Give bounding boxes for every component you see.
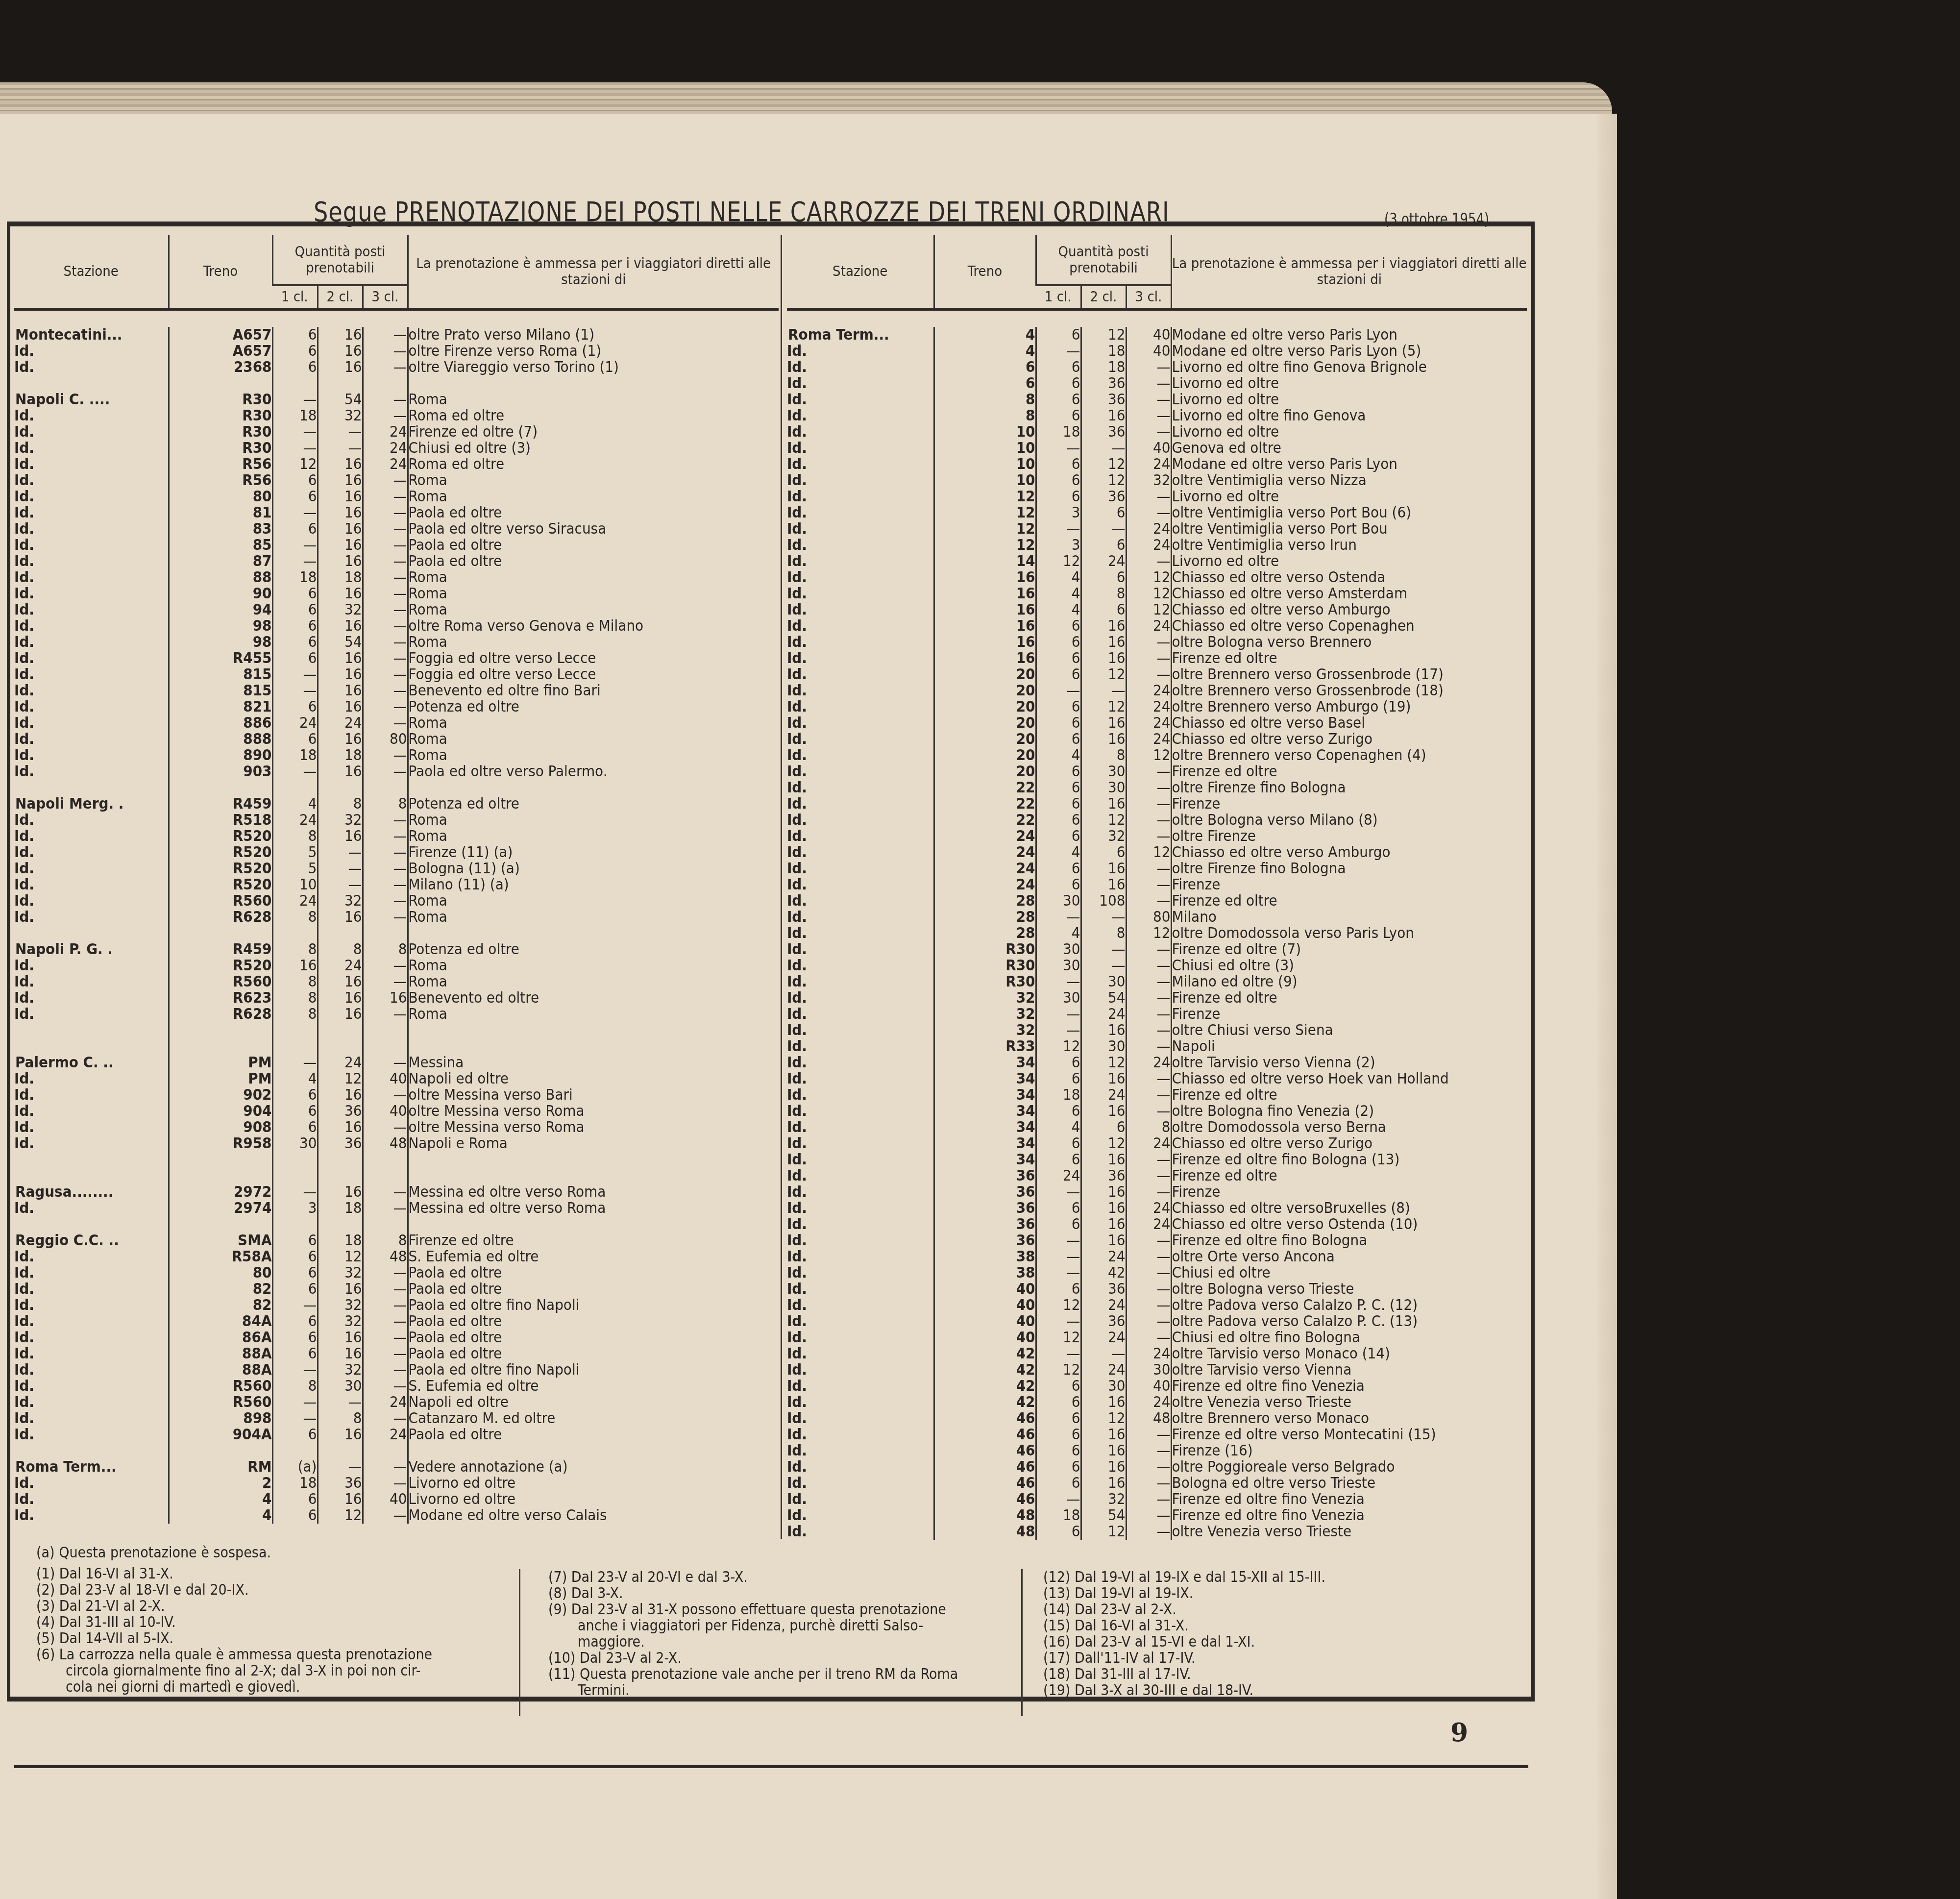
table-row: Reggio C.C. ..SMA6188Firenze ed oltre — [14, 1233, 779, 1249]
seats-2cl-cell: 32 — [318, 1265, 363, 1281]
seats-1cl-cell: 6 — [272, 1427, 318, 1443]
seats-2cl-cell: 16 — [1081, 1459, 1126, 1475]
train-cell: R30 — [169, 440, 272, 456]
train-cell: 20 — [934, 683, 1036, 699]
seats-1cl-cell: — — [1036, 1022, 1081, 1038]
seats-3cl-cell: — — [363, 1330, 408, 1346]
seats-2cl-cell: 6 — [1081, 505, 1126, 521]
notes-col-divider — [1021, 1569, 1023, 1716]
seats-1cl-cell: 8 — [272, 974, 318, 990]
seats-1cl-cell: — — [272, 683, 318, 699]
train-cell: 24 — [934, 844, 1036, 861]
table-row: Id.481854—Firenze ed oltre fino Venezia — [787, 1507, 1527, 1524]
seats-1cl-cell: 3 — [272, 1200, 318, 1216]
table-row: Id.1061232oltre Ventimiglia verso Nizza — [787, 472, 1527, 489]
table-row: Id.821616—Potenza ed oltre — [14, 699, 779, 715]
destination-cell: oltre Messina verso Roma — [408, 1119, 779, 1135]
station-cell: Id. — [14, 1394, 169, 1410]
seats-3cl-cell: — — [1126, 1152, 1171, 1168]
destination-cell: Paola ed oltre verso Siracusa — [408, 521, 779, 537]
table-row: Id.R628816—Roma — [14, 909, 779, 925]
seats-1cl-cell: 6 — [1036, 1394, 1081, 1410]
seats-1cl-cell: 4 — [1036, 602, 1081, 618]
table-row: Id.R560830—S. Eufemia ed oltre — [14, 1378, 779, 1394]
station-cell: Napoli C. .... — [14, 392, 169, 408]
station-cell: Id. — [787, 375, 934, 392]
seats-1cl-cell: 6 — [1036, 1103, 1081, 1119]
station-cell: Id. — [14, 1491, 169, 1507]
station-cell: Id. — [14, 505, 169, 521]
table-row: Id.4661248oltre Brennero verso Monaco — [787, 1410, 1527, 1427]
destination-cell: oltre Poggioreale verso Belgrado — [1171, 1459, 1527, 1475]
seats-1cl-cell: 6 — [1036, 877, 1081, 893]
seats-2cl-cell: 42 — [1081, 1265, 1126, 1281]
seats-1cl-cell: 12 — [1036, 1038, 1081, 1055]
seats-2cl-cell: 6 — [1081, 1119, 1126, 1135]
destination-cell: Chiasso ed oltre verso Amburgo — [1171, 844, 1527, 861]
train-cell: R520 — [169, 828, 272, 844]
seats-3cl-cell: — — [363, 1410, 408, 1427]
table-row: Id.164612Chiasso ed oltre verso Amburgo — [787, 602, 1527, 618]
seats-1cl-cell: — — [1036, 974, 1081, 990]
table-row: Id.2368616—oltre Viareggio verso Torino … — [14, 359, 779, 375]
seats-3cl-cell: — — [1126, 1168, 1171, 1184]
destination-cell: Livorno ed oltre — [408, 1475, 779, 1491]
train-cell: 36 — [934, 1184, 1036, 1200]
station-cell: Id. — [787, 634, 934, 650]
train-cell: 34 — [934, 1087, 1036, 1103]
destination-cell: Chiasso ed oltre verso Amburgo — [1171, 602, 1527, 618]
seats-2cl-cell: 24 — [1081, 1297, 1126, 1313]
train-cell: 32 — [934, 1006, 1036, 1022]
seats-3cl-cell: — — [363, 602, 408, 618]
train-cell: 24 — [934, 861, 1036, 877]
station-cell: Id. — [787, 1216, 934, 1233]
seats-2cl-cell: 8 — [318, 796, 363, 812]
destination-cell: Catanzaro M. ed oltre — [408, 1410, 779, 1427]
seats-2cl-cell: 24 — [318, 958, 363, 974]
destination-cell: Firenze ed oltre (7) — [1171, 941, 1527, 958]
table-row: Id.323054—Firenze ed oltre — [787, 990, 1527, 1006]
train-cell: 14 — [934, 553, 1036, 569]
table-row: Id.8862424—Roma — [14, 715, 779, 731]
seats-3cl-cell: — — [1126, 1006, 1171, 1022]
train-cell: 22 — [934, 780, 1036, 796]
spacer-row — [14, 1038, 779, 1055]
train-cell: 4 — [934, 343, 1036, 359]
station-cell: Id. — [14, 537, 169, 553]
train-cell: 20 — [934, 731, 1036, 747]
table-row: Id.R455616—Foggia ed oltre verso Lecce — [14, 650, 779, 666]
seats-2cl-cell: 16 — [1081, 1103, 1126, 1119]
train-cell: 12 — [934, 537, 1036, 553]
table-row: Id.12——24oltre Ventimiglia verso Port Bo… — [787, 521, 1527, 537]
seats-3cl-cell: — — [1126, 1265, 1171, 1281]
footnotes-col-2: (7) Dal 23-V al 20-VI e dal 3-X. (8) Dal… — [548, 1569, 958, 1699]
seats-2cl-cell: 16 — [1081, 1152, 1126, 1168]
train-cell: 88 — [169, 569, 272, 586]
seats-2cl-cell: 16 — [318, 1427, 363, 1443]
station-cell: Id. — [787, 1410, 934, 1427]
train-cell: 28 — [934, 925, 1036, 941]
table-row: Id.R30——24Chiusi ed oltre (3) — [14, 440, 779, 456]
seats-2cl-cell: 54 — [1081, 990, 1126, 1006]
destination-cell: Potenza ed oltre — [408, 941, 779, 958]
table-row: Id.R30——24Firenze ed oltre (7) — [14, 424, 779, 440]
seats-1cl-cell: 30 — [272, 1135, 318, 1152]
seats-2cl-cell: 30 — [1081, 764, 1126, 780]
station-cell: Id. — [787, 1491, 934, 1507]
seats-3cl-cell: 24 — [1126, 699, 1171, 715]
table-row: Id.341824—Firenze ed oltre — [787, 1087, 1527, 1103]
destination-cell: Livorno ed oltre fino Genova — [1171, 408, 1527, 424]
seats-1cl-cell: 6 — [1036, 634, 1081, 650]
train-cell: 34 — [934, 1055, 1036, 1071]
table-row: Id.2061224oltre Brennero verso Amburgo (… — [787, 699, 1527, 715]
seats-3cl-cell: — — [363, 764, 408, 780]
seats-1cl-cell: 6 — [272, 1491, 318, 1507]
seats-2cl-cell: 8 — [1081, 586, 1126, 602]
table-row: Id.24616—Firenze — [787, 877, 1527, 893]
seats-1cl-cell: 6 — [1036, 375, 1081, 392]
col-header-cl3: 3 cl. — [363, 285, 408, 309]
destination-cell: Chiasso ed oltre verso Zurigo — [1171, 1135, 1527, 1152]
station-cell: Id. — [787, 877, 934, 893]
train-cell: R628 — [169, 1006, 272, 1022]
train-cell: 34 — [934, 1103, 1036, 1119]
destination-cell: oltre Venezia verso Trieste — [1171, 1524, 1527, 1540]
seats-1cl-cell: 6 — [272, 618, 318, 634]
seats-2cl-cell: 16 — [318, 327, 363, 343]
train-cell: 4 — [169, 1507, 272, 1524]
seats-3cl-cell: 24 — [1126, 456, 1171, 472]
seats-2cl-cell: 16 — [1081, 1216, 1126, 1233]
table-row: Id.4263040Firenze ed oltre fino Venezia — [787, 1378, 1527, 1394]
table-row: Id.16616—oltre Bologna verso Brennero — [787, 634, 1527, 650]
spacer-row — [14, 925, 779, 941]
station-cell: Id. — [14, 343, 169, 359]
destination-cell: oltre Brennero verso Amburgo (19) — [1171, 699, 1527, 715]
footnote: (4) Dal 31-III al 10-IV. — [36, 1614, 432, 1630]
left-table-section: Stazione Treno Quantità posti prenotabil… — [14, 235, 779, 1524]
seats-3cl-cell: 24 — [1126, 618, 1171, 634]
destination-cell: oltre Orte verso Ancona — [1171, 1249, 1527, 1265]
destination-cell: Napoli ed oltre — [408, 1394, 779, 1410]
destination-cell: Vedere annotazione (a) — [408, 1459, 779, 1475]
seats-3cl-cell: 8 — [1126, 1119, 1171, 1135]
train-cell: R518 — [169, 812, 272, 828]
seats-1cl-cell: 30 — [1036, 893, 1081, 909]
table-row: Id.10——40Genova ed oltre — [787, 440, 1527, 456]
seats-2cl-cell: 36 — [318, 1475, 363, 1491]
seats-2cl-cell: 16 — [318, 1491, 363, 1507]
seats-2cl-cell: 6 — [1081, 602, 1126, 618]
destination-cell: Firenze ed oltre fino Venezia — [1171, 1491, 1527, 1507]
train-cell: 40 — [934, 1281, 1036, 1297]
footnote-cont: cola nei giorni di martedì e giovedì. — [36, 1679, 432, 1695]
seats-2cl-cell: 16 — [318, 764, 363, 780]
table-row: Id.6618—Livorno ed oltre fino Genova Bri… — [787, 359, 1527, 375]
station-cell: Id. — [787, 925, 934, 941]
seats-1cl-cell: — — [1036, 1249, 1081, 1265]
seats-3cl-cell: — — [363, 747, 408, 764]
seats-3cl-cell: — — [363, 1313, 408, 1330]
footnote-a: (a) Questa prenotazione è sospesa. — [36, 1545, 432, 1561]
seats-3cl-cell: — — [1126, 1233, 1171, 1249]
train-cell: 46 — [934, 1443, 1036, 1459]
train-cell: 904A — [169, 1427, 272, 1443]
seats-2cl-cell: 32 — [318, 1313, 363, 1330]
table-row: Id.88A616—Paola ed oltre — [14, 1346, 779, 1362]
train-cell: 902 — [169, 1087, 272, 1103]
seats-1cl-cell: 4 — [1036, 844, 1081, 861]
seats-3cl-cell: — — [1126, 990, 1171, 1006]
train-cell: R30 — [169, 424, 272, 440]
destination-cell: Messina ed oltre verso Roma — [408, 1200, 779, 1216]
seats-3cl-cell: — — [363, 828, 408, 844]
seats-3cl-cell: 16 — [363, 990, 408, 1006]
train-cell: R58A — [169, 1249, 272, 1265]
table-row: Id.4—1840Modane ed oltre verso Paris Lyo… — [787, 343, 1527, 359]
destination-cell: Messina ed oltre verso Roma — [408, 1184, 779, 1200]
seats-1cl-cell: — — [272, 1297, 318, 1313]
seats-3cl-cell: — — [363, 408, 408, 424]
seats-1cl-cell: 18 — [272, 569, 318, 586]
station-cell: Id. — [14, 828, 169, 844]
train-cell: 20 — [934, 666, 1036, 683]
table-row: Id.90616—Roma — [14, 586, 779, 602]
seats-3cl-cell: — — [363, 569, 408, 586]
seats-2cl-cell: 36 — [318, 1135, 363, 1152]
destination-cell: Livorno ed oltre — [1171, 489, 1527, 505]
station-cell: Id. — [787, 569, 934, 586]
train-cell: 34 — [934, 1071, 1036, 1087]
table-row: Id.32—24—Firenze — [787, 1006, 1527, 1022]
table-row: Id.284812oltre Domodossola verso Paris L… — [787, 925, 1527, 941]
table-row: Id.36—16—Firenze — [787, 1184, 1527, 1200]
seats-2cl-cell: 18 — [1081, 359, 1126, 375]
footnote: (7) Dal 23-V al 20-VI e dal 3-X. — [548, 1569, 958, 1585]
destination-cell: oltre Venezia verso Trieste — [1171, 1394, 1527, 1410]
station-cell: Id. — [14, 861, 169, 877]
seats-2cl-cell: 16 — [1081, 1071, 1126, 1087]
seats-3cl-cell: 24 — [363, 1427, 408, 1443]
seats-1cl-cell: 6 — [272, 731, 318, 747]
train-cell: 4 — [169, 1491, 272, 1507]
destination-cell: Potenza ed oltre — [408, 699, 779, 715]
table-row: Id.34468oltre Domodossola verso Berna — [787, 1119, 1527, 1135]
station-cell: Id. — [14, 1362, 169, 1378]
seats-3cl-cell: — — [363, 1119, 408, 1135]
seats-2cl-cell: 12 — [318, 1249, 363, 1265]
footnote: (2) Dal 23-V al 18-VI e dal 20-IX. — [36, 1582, 432, 1598]
seats-3cl-cell: 24 — [363, 456, 408, 472]
train-cell: 98 — [169, 618, 272, 634]
seats-2cl-cell: 16 — [318, 990, 363, 1006]
train-cell: 16 — [934, 650, 1036, 666]
seats-2cl-cell: 6 — [1081, 569, 1126, 586]
station-cell: Id. — [14, 586, 169, 602]
seats-3cl-cell: — — [1126, 1184, 1171, 1200]
seats-2cl-cell: 24 — [1081, 1249, 1126, 1265]
destination-cell: oltre Domodossola verso Berna — [1171, 1119, 1527, 1135]
seats-3cl-cell: 24 — [1126, 521, 1171, 537]
seats-2cl-cell: 16 — [1081, 634, 1126, 650]
station-cell: Id. — [14, 877, 169, 893]
seats-1cl-cell: 6 — [1036, 796, 1081, 812]
table-row: Id.22630—oltre Firenze fino Bologna — [787, 780, 1527, 796]
station-cell: Id. — [14, 1265, 169, 1281]
table-row: Id.22612—oltre Bologna verso Milano (8) — [787, 812, 1527, 828]
table-row: Id.4261624oltre Venezia verso Trieste — [787, 1394, 1527, 1410]
seats-3cl-cell: — — [1126, 1427, 1171, 1443]
seats-3cl-cell: — — [363, 699, 408, 715]
seats-3cl-cell: 24 — [363, 440, 408, 456]
footnote: (12) Dal 19-VI al 19-IX e dal 15-XII al … — [1043, 1569, 1325, 1585]
seats-2cl-cell: 36 — [1081, 392, 1126, 408]
table-row: Id.R5602432—Roma — [14, 893, 779, 909]
station-cell: Id. — [787, 1152, 934, 1168]
seats-1cl-cell: 16 — [272, 958, 318, 974]
seats-2cl-cell: 108 — [1081, 893, 1126, 909]
footnote: (17) Dall'11-IV al 17-IV. — [1043, 1650, 1325, 1666]
train-cell: 898 — [169, 1410, 272, 1427]
table-row: Id.A657616—oltre Firenze verso Roma (1) — [14, 343, 779, 359]
destination-cell: Paola ed oltre — [408, 1330, 779, 1346]
seats-1cl-cell: — — [272, 424, 318, 440]
seats-3cl-cell: — — [1126, 634, 1171, 650]
destination-cell: oltre Messina verso Roma — [408, 1103, 779, 1119]
station-cell: Id. — [787, 1055, 934, 1071]
station-cell: Id. — [787, 586, 934, 602]
station-cell: Id. — [14, 424, 169, 440]
destination-cell: Paola ed oltre — [408, 1281, 779, 1297]
station-cell: Id. — [787, 392, 934, 408]
table-row: Id.1661624Chiasso ed oltre verso Copenag… — [787, 618, 1527, 634]
station-cell: Id. — [787, 715, 934, 731]
table-row: Roma Term...RM(a)——Vedere annotazione (a… — [14, 1459, 779, 1475]
station-cell: Id. — [14, 634, 169, 650]
seats-2cl-cell: 24 — [318, 1055, 363, 1071]
table-row: Id.3661624Chiasso ed oltre verso Ostenda… — [787, 1216, 1527, 1233]
seats-3cl-cell: 40 — [1126, 343, 1171, 359]
station-cell: Id. — [14, 456, 169, 472]
destination-cell: Roma — [408, 974, 779, 990]
seats-2cl-cell: 12 — [1081, 456, 1126, 472]
destination-cell: Roma — [408, 812, 779, 828]
seats-1cl-cell: 6 — [1036, 1071, 1081, 1087]
footnote: (6) La carrozza nella quale è ammessa qu… — [36, 1647, 432, 1663]
seats-2cl-cell: 30 — [318, 1378, 363, 1394]
seats-3cl-cell: — — [363, 618, 408, 634]
train-cell: 82 — [169, 1281, 272, 1297]
destination-cell: Chiasso ed oltre versoBruxelles (8) — [1171, 1200, 1527, 1216]
col-header-destinazione: La prenotazione è ammessa per i viaggiat… — [408, 235, 779, 309]
destination-cell: Potenza ed oltre — [408, 796, 779, 812]
station-cell: Id. — [787, 1394, 934, 1410]
table-row: Id.244612Chiasso ed oltre verso Amburgo — [787, 844, 1527, 861]
seats-3cl-cell: 24 — [1126, 537, 1171, 553]
destination-cell: Genova ed oltre — [1171, 440, 1527, 456]
table-row: Roma Term...461240Modane ed oltre verso … — [787, 327, 1527, 343]
seats-3cl-cell: — — [363, 715, 408, 731]
station-cell: Id. — [14, 893, 169, 909]
seats-1cl-cell: — — [272, 553, 318, 569]
train-cell: 890 — [169, 747, 272, 764]
seats-2cl-cell: 54 — [318, 634, 363, 650]
spacer-row — [14, 1022, 779, 1038]
destination-cell: Roma — [408, 634, 779, 650]
destination-cell: Chiasso ed oltre verso Hoek van Holland — [1171, 1071, 1527, 1087]
train-cell: 84A — [169, 1313, 272, 1330]
table-row: Id.36—16—Firenze ed oltre fino Bologna — [787, 1233, 1527, 1249]
station-cell: Id. — [787, 1346, 934, 1362]
seats-3cl-cell: — — [1126, 1038, 1171, 1055]
seats-3cl-cell: — — [1126, 1507, 1171, 1524]
station-cell: Id. — [787, 974, 934, 990]
seats-1cl-cell: 24 — [272, 812, 318, 828]
col-header-quantita: Quantità posti prenotabili — [1036, 235, 1171, 285]
table-row: Id.94632—Roma — [14, 602, 779, 618]
seats-2cl-cell: 12 — [1081, 327, 1126, 343]
footnote: (11) Questa prenotazione vale anche per … — [548, 1666, 958, 1682]
train-cell: 908 — [169, 1119, 272, 1135]
col-header-cl3: 3 cl. — [1126, 285, 1171, 309]
train-cell: 40 — [934, 1313, 1036, 1330]
seats-1cl-cell: 18 — [272, 408, 318, 424]
destination-cell: Paola ed oltre — [408, 1346, 779, 1362]
destination-cell: oltre Bologna verso Brennero — [1171, 634, 1527, 650]
train-cell: PM — [169, 1071, 272, 1087]
station-cell: Id. — [787, 958, 934, 974]
seats-3cl-cell: — — [1126, 1087, 1171, 1103]
seats-2cl-cell: 12 — [1081, 472, 1126, 489]
seats-3cl-cell: 12 — [1126, 569, 1171, 586]
train-cell: 12 — [934, 505, 1036, 521]
destination-cell: Foggia ed oltre verso Lecce — [408, 650, 779, 666]
station-cell: Id. — [787, 1330, 934, 1346]
station-cell: Id. — [14, 1281, 169, 1297]
destination-cell: Napoli — [1171, 1038, 1527, 1055]
table-row: Id.PM41240Napoli ed oltre — [14, 1071, 779, 1087]
train-cell: 821 — [169, 699, 272, 715]
footnote: (15) Dal 16-VI al 31-X. — [1043, 1618, 1325, 1634]
seats-1cl-cell: 24 — [1036, 1168, 1081, 1184]
station-cell: Id. — [787, 1443, 934, 1459]
seats-1cl-cell: 6 — [1036, 1459, 1081, 1475]
destination-cell: Firenze ed oltre fino Bologna — [1171, 1233, 1527, 1249]
seats-3cl-cell: 8 — [363, 796, 408, 812]
footnote: (9) Dal 23-V al 31-X possono effettuare … — [548, 1602, 958, 1618]
destination-cell: Chiasso ed oltre verso Copenaghen — [1171, 618, 1527, 634]
left-reservation-table: Stazione Treno Quantità posti prenotabil… — [14, 235, 779, 1524]
seats-1cl-cell: 24 — [272, 893, 318, 909]
seats-1cl-cell: 4 — [1036, 586, 1081, 602]
seats-1cl-cell: 6 — [272, 327, 318, 343]
seats-3cl-cell: — — [1126, 1475, 1171, 1491]
station-cell: Id. — [14, 747, 169, 764]
train-cell: 22 — [934, 812, 1036, 828]
table-row: Id.362436—Firenze ed oltre — [787, 1168, 1527, 1184]
seats-2cl-cell: 36 — [318, 1103, 363, 1119]
seats-3cl-cell: 24 — [1126, 715, 1171, 731]
destination-cell: Modane ed oltre verso Paris Lyon — [1171, 456, 1527, 472]
station-cell: Id. — [14, 844, 169, 861]
seats-3cl-cell: — — [1126, 861, 1171, 877]
seats-2cl-cell: 16 — [1081, 1394, 1126, 1410]
seats-2cl-cell: 36 — [1081, 424, 1126, 440]
station-cell: Id. — [787, 1200, 934, 1216]
